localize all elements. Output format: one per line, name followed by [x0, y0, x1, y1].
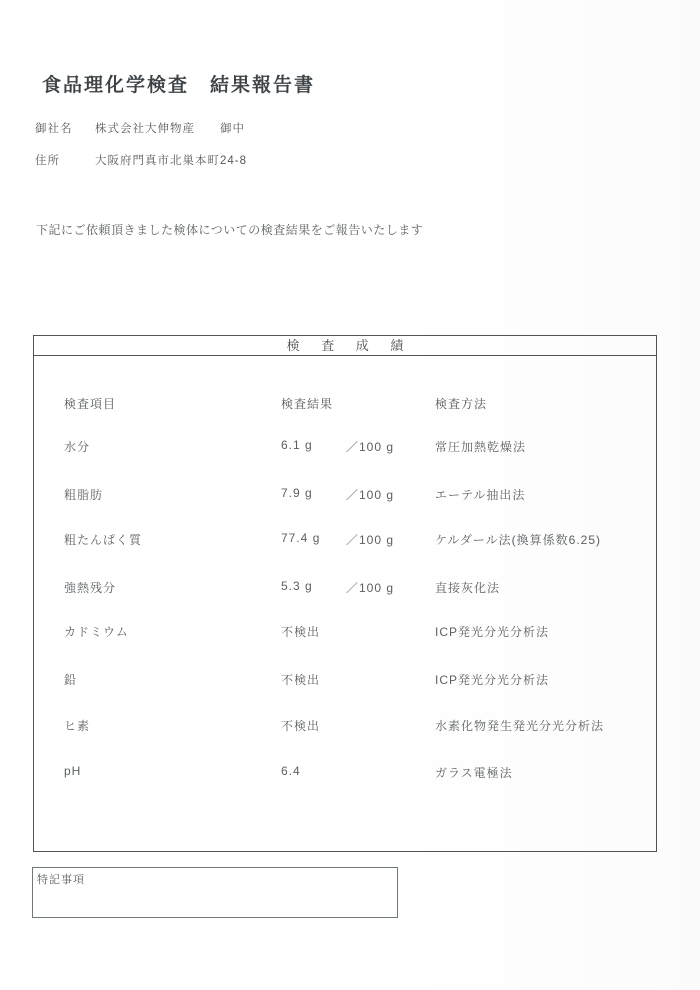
- column-header-result: 検査結果: [281, 395, 333, 412]
- special-notes-box: 特記事項: [32, 867, 398, 918]
- row-result: 不検出: [281, 623, 320, 640]
- intro-text: 下記にご依頼頂きました検体についての検査結果をご報告いたします: [36, 221, 423, 238]
- special-notes-content: [33, 887, 397, 911]
- column-header-item: 検査項目: [64, 395, 116, 412]
- row-item: 粗脂肪: [64, 486, 103, 503]
- row-method: エーテル抽出法: [435, 486, 525, 503]
- company-honorific: 御中: [220, 120, 245, 136]
- address-label: 住所: [35, 152, 60, 168]
- row-method: 常圧加熱乾燥法: [435, 438, 526, 455]
- row-item: pH: [64, 764, 81, 778]
- row-result: 不検出: [281, 671, 320, 688]
- row-per: ／100 g: [346, 531, 394, 548]
- address-value: 大阪府門真市北巣本町24-8: [95, 152, 247, 168]
- row-method: ICP発光分光分析法: [435, 623, 549, 640]
- table-row: 粗たんぱく質 77.4 g ／100 g ケルダール法(換算係数6.25): [34, 531, 656, 547]
- row-method: ICP発光分光分析法: [435, 671, 549, 688]
- company-label: 御社名: [35, 120, 73, 136]
- row-result: 6.4: [281, 764, 301, 778]
- row-method: ケルダール法(換算係数6.25): [435, 531, 601, 548]
- scanned-report-page: 食品理化学検査 結果報告書 御社名 株式会社大伸物産 御中 住所 大阪府門真市北…: [0, 0, 700, 990]
- company-name: 株式会社大伸物産: [95, 120, 195, 136]
- row-item: 鉛: [64, 671, 77, 688]
- row-per: ／100 g: [346, 486, 394, 503]
- table-row: カドミウム 不検出 ICP発光分光分析法: [34, 623, 656, 639]
- table-row: 鉛 不検出 ICP発光分光分析法: [34, 671, 656, 687]
- row-result: 5.3 g: [281, 579, 313, 593]
- row-item: 強熱残分: [64, 579, 116, 596]
- row-result: 6.1 g: [281, 438, 313, 452]
- row-result: 77.4 g: [281, 531, 320, 545]
- row-item: 水分: [64, 438, 90, 455]
- row-method: 直接灰化法: [435, 579, 500, 596]
- table-row: 粗脂肪 7.9 g ／100 g エーテル抽出法: [34, 486, 656, 502]
- table-header-row: 検査項目 検査結果 検査方法: [34, 395, 656, 411]
- table-row: 強熱残分 5.3 g ／100 g 直接灰化法: [34, 579, 656, 595]
- column-header-method: 検査方法: [435, 395, 487, 412]
- table-row: pH 6.4 ガラス電極法: [34, 764, 656, 780]
- row-per: ／100 g: [346, 438, 394, 455]
- table-row: ヒ素 不検出 水素化物発生発光分光分析法: [34, 717, 656, 733]
- row-result: 不検出: [281, 717, 320, 734]
- row-result: 7.9 g: [281, 486, 313, 500]
- row-method: ガラス電極法: [435, 764, 513, 781]
- results-table-title: 検 査 成 績: [34, 336, 656, 356]
- page-title: 食品理化学検査 結果報告書: [42, 70, 315, 97]
- row-method: 水素化物発生発光分光分析法: [435, 717, 604, 734]
- row-per: ／100 g: [346, 579, 394, 596]
- row-item: カドミウム: [64, 623, 129, 640]
- row-item: 粗たんぱく質: [64, 531, 142, 548]
- row-item: ヒ素: [64, 717, 90, 734]
- results-table: 検 査 成 績 検査項目 検査結果 検査方法 水分 6.1 g ／100 g 常…: [33, 335, 657, 852]
- special-notes-label: 特記事項: [33, 868, 397, 887]
- table-row: 水分 6.1 g ／100 g 常圧加熱乾燥法: [34, 438, 656, 454]
